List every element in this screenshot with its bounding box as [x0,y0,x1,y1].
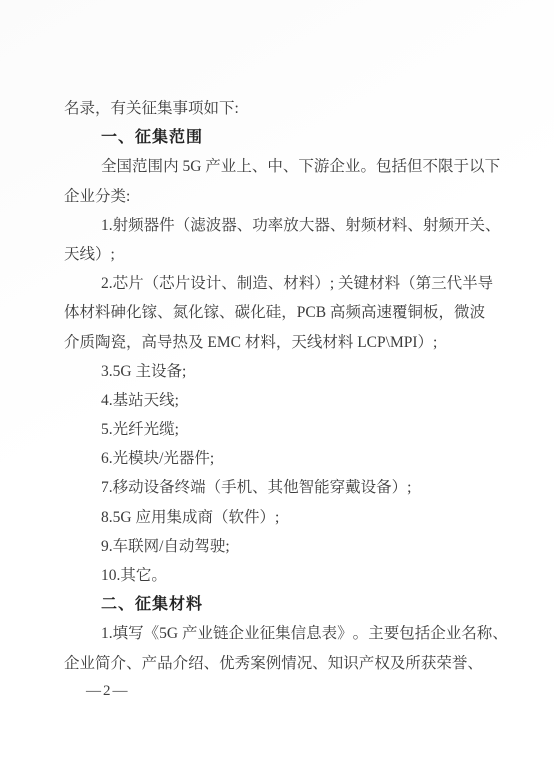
materials-line-2: 企业简介、产品介绍、优秀案例情况、知识产权及所获荣誉、 [64,649,480,678]
page-number: —2— [86,681,130,701]
list-item-1-line-1: 1.射频器件（滤波器、功率放大器、射频材料、射频开关、 [64,211,480,240]
list-item-9: 9.车联网/自动驾驶; [64,532,480,561]
document-body: 名录，有关征集事项如下:一、征集范围全国范围内 5G 产业上、中、下游企业。包括… [64,94,480,678]
list-item-5: 5.光纤光缆; [64,415,480,444]
body-line: 企业分类: [64,182,480,211]
section-heading-1: 一、征集范围 [64,123,480,152]
list-item-3: 3.5G 主设备; [64,357,480,386]
list-item-2-line-3: 介质陶瓷，高导热及 EMC 材料，天线材料 LCP\MPI）; [64,328,480,357]
list-item-2-line-1: 2.芯片（芯片设计、制造、材料）; 关键材料（第三代半导 [64,269,480,298]
list-item-1-line-2: 天线）; [64,240,480,269]
list-item-10: 10.其它。 [64,561,480,590]
list-item-6: 6.光模块/光器件; [64,444,480,473]
materials-line-1: 1.填写《5G 产业链企业征集信息表》。主要包括企业名称、 [64,619,480,648]
list-item-4: 4.基站天线; [64,386,480,415]
list-item-7: 7.移动设备终端（手机、其他智能穿戴设备）; [64,473,480,502]
section-heading-2: 二、征集材料 [64,590,480,619]
continuation-line: 名录，有关征集事项如下: [64,94,480,123]
list-item-2-line-2: 体材料砷化镓、氮化镓、碳化硅，PCB 高频高速覆铜板，微波 [64,298,480,327]
document-page: 名录，有关征集事项如下:一、征集范围全国范围内 5G 产业上、中、下游企业。包括… [0,0,554,783]
list-item-8: 8.5G 应用集成商（软件）; [64,503,480,532]
body-line: 全国范围内 5G 产业上、中、下游企业。包括但不限于以下 [64,152,480,181]
